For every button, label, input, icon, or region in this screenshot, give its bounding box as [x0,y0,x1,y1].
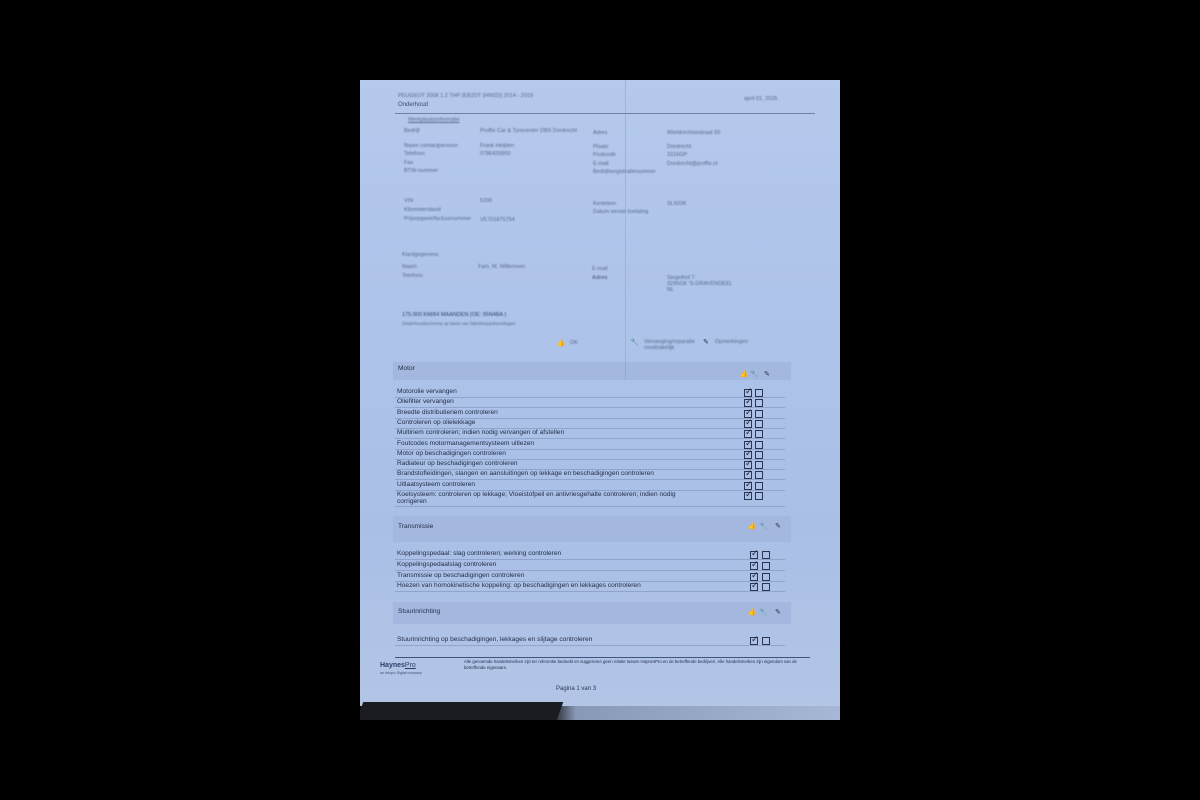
field-label: Plaats [593,144,608,150]
checklist-item: Transmissie op beschadigingen controlere… [397,572,524,579]
thumbs-up-icon: 👍 [740,370,749,378]
edit-icon: ✎ [775,522,781,530]
wrench-icon: 🔧 [630,338,639,346]
field-value: Dordrecht [667,144,691,150]
field-label: Adres [592,275,608,281]
remark-checkbox[interactable] [762,562,770,570]
edit-icon: ✎ [764,370,770,378]
field-label: Datum eerste toelating [593,209,648,215]
row-divider [395,506,785,507]
service-interval: 175.000 KM/84 MAANDEN (OE: 95N4BA ) [402,312,506,318]
checklist-item: Multiriem controleren; indien nodig verv… [397,429,564,436]
field-label: Telefoon [402,273,423,279]
section-header-band [393,362,791,380]
checklist-item: Koelsysteem: controleren op lekkage; Vlo… [397,491,687,505]
section-header-band [393,516,791,542]
footer-divider [395,657,810,658]
wrench-icon: 🔧 [750,370,759,378]
row-divider [395,591,785,592]
field-value: 5390 [480,198,492,204]
remark-checkbox[interactable] [755,461,763,469]
field-value: 3316GP [667,152,687,158]
remark-checkbox[interactable] [762,583,770,591]
document-title: Onderhoud [398,102,428,108]
document-date: april 01, 2026 [744,96,777,102]
page-number: Pagina 1 van 3 [556,686,596,692]
wrench-icon: 🔧 [759,522,768,530]
brand-tagline: an Infopro Digital company [380,671,422,675]
checklist-item: Hoezen van homokinetische koppeling: op … [397,582,641,589]
checklist-item: Uitlaatsysteem controleren [397,481,475,488]
workshop-section-title: Werkplaatsinformatie [408,117,460,123]
customer-address: Singelhof 7 3295GK 'S-GRAVENDEEL NL [667,275,732,293]
checklist-item: Breedte distributieriem controleren [397,409,498,416]
background-object [360,702,563,720]
field-label: BTW-nummer [404,168,438,174]
service-note: Onderhoudsschema op basis van fabrieksaa… [402,321,515,326]
section-title: Transmissie [398,523,433,530]
checklist-item: Foutcodes motormanagementsysteem uitleze… [397,440,534,447]
field-label: VIN [404,198,413,204]
field-label: Kilometerstand [404,207,441,213]
brand-main: Haynes [380,662,405,669]
section-title: Motor [398,365,415,372]
field-label: E-mail [593,161,609,167]
field-value: Dordrecht@proffix.nl [667,161,717,167]
ok-checkbox[interactable] [750,551,758,559]
edit-icon: ✎ [775,608,781,616]
remark-checkbox[interactable] [755,482,763,490]
maintenance-document: PEUGEOT 2008 1.2 THP (EB2DT (HN02)) 2014… [360,80,840,720]
checklist-item: Oliefilter vervangen [397,398,454,405]
checklist-item: Koppelingspedaalslag controleren [397,561,496,568]
ok-checkbox[interactable] [750,637,758,645]
header-divider [395,113,815,114]
remark-checkbox[interactable] [762,573,770,581]
field-label: Postcode [593,152,616,158]
field-value: Wieldrechtsestraat 50 [667,130,720,136]
edit-icon: ✎ [703,338,709,346]
remark-checkbox[interactable] [762,551,770,559]
checklist-item: Brandstofleidingen, slangen en aansluiti… [397,470,654,477]
checklist-item: Stuurinrichting op beschadigingen, lekka… [397,636,592,643]
remark-checkbox[interactable] [755,410,763,418]
ok-checkbox[interactable] [744,492,752,500]
remark-checkbox[interactable] [755,441,763,449]
field-label: E-mail [592,266,608,272]
wrench-icon: 🔧 [759,608,768,616]
remark-checkbox[interactable] [755,471,763,479]
ok-checkbox[interactable] [750,583,758,591]
checklist-item: Motorolie vervangen [397,388,457,395]
thumbs-up-icon: 👍 [748,522,757,530]
checklist-item: Koppelingspedaal: slag controleren; werk… [397,550,561,557]
section-header-band [393,602,791,624]
remark-checkbox[interactable] [755,399,763,407]
field-label: Naam contactpersoon [404,143,458,149]
customer-section-title: Klantgegevens [402,252,438,258]
field-label: Kenteken [593,201,616,207]
remark-checkbox[interactable] [755,492,763,500]
haynespro-logo: HaynesPro [380,662,416,669]
field-label: Fax [404,160,413,166]
field-value: Proffix Car & Tyrecenter DBS Dordrecht [480,128,590,134]
remark-checkbox[interactable] [755,389,763,397]
legend-ok: OK [570,340,578,346]
legend-remarks: Opmerkingen [715,339,748,345]
ok-checkbox[interactable] [750,562,758,570]
ok-checkbox[interactable] [750,573,758,581]
field-value: Frank Heijden [480,143,514,149]
checklist-item: Radiateur op beschadigingen controleren [397,460,518,467]
field-label: Adres [593,130,607,136]
field-label: Prijsopgave/factuurnummer [404,216,476,222]
footer-disclaimer: Alle genoemde handelsmerken zijn ter ref… [464,659,814,671]
remark-checkbox[interactable] [762,637,770,645]
brand-pro: Pro [405,662,416,669]
field-label: Bedrijfsregistratienummer [593,169,663,175]
thumbs-up-icon: 👍 [557,339,566,347]
row-divider [395,645,785,646]
field-label: Telefoon [404,151,425,157]
checklist-item: Controleren op olielekkage [397,419,475,426]
remark-checkbox[interactable] [755,420,763,428]
field-value: VE701875754 [480,217,515,223]
vehicle-title: PEUGEOT 2008 1.2 THP (EB2DT (HN02)) 2014… [398,93,533,99]
field-label: Naam [402,264,417,270]
checklist-item: Motor op beschadigingen controleren [397,450,506,457]
field-value: Fam. M. Willemsen [478,264,525,270]
remark-checkbox[interactable] [755,451,763,459]
field-value: SL920K [667,201,687,207]
field-label: Bedrijf [404,128,420,134]
legend-replace: Vervanging/reparatie noodzakelijk [644,339,709,351]
thumbs-up-icon: 👍 [748,608,757,616]
section-title: Stuurinrichting [398,608,440,615]
remark-checkbox[interactable] [755,430,763,438]
field-value: 0786426950 [480,151,511,157]
